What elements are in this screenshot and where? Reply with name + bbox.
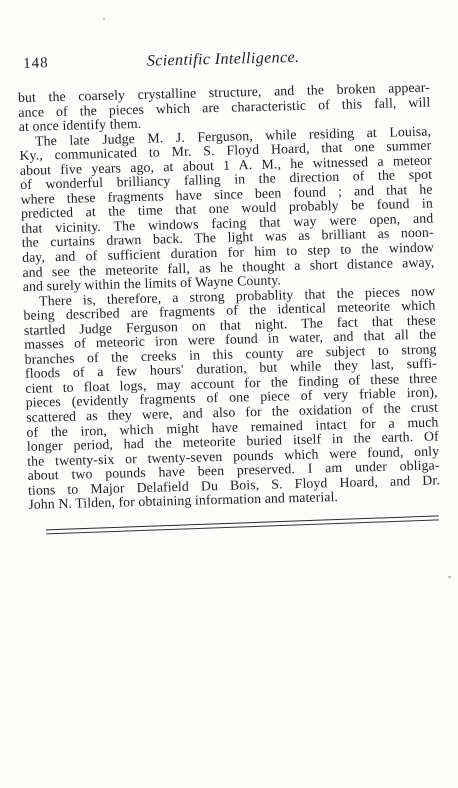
running-title: Scientific Intelligence. [17,46,429,74]
page-content: Scientific Intelligence. 148 but the coa… [17,46,441,535]
paragraph: There is, therefore, a strong probablity… [23,284,440,513]
scan-speck [103,18,105,20]
scanned-page: { "page": { "number": "148", "header_tit… [0,0,458,788]
section-end-rule [46,515,439,534]
scan-speck [448,576,451,578]
paragraph: The late Judge M. J. Ferguson, while res… [19,124,435,294]
body-text: but the coarsely crystalline structure, … [18,81,441,513]
page-header: Scientific Intelligence. 148 [17,46,429,80]
